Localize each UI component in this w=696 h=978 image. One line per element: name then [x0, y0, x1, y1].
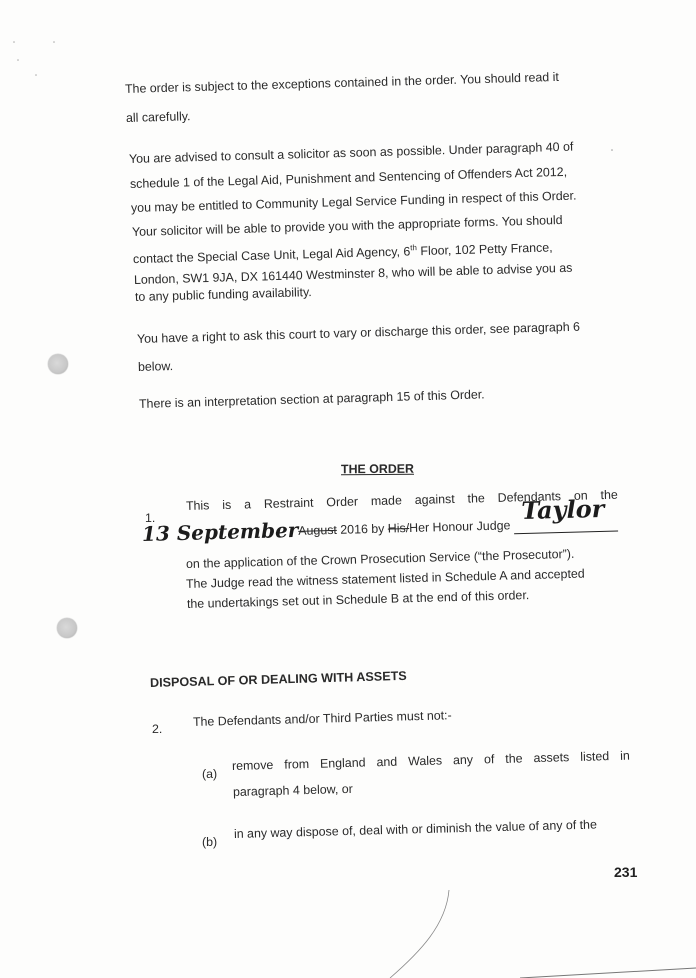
- scan-artifacts: [0, 0, 696, 978]
- document-page: The order is subject to the exceptions c…: [0, 0, 696, 978]
